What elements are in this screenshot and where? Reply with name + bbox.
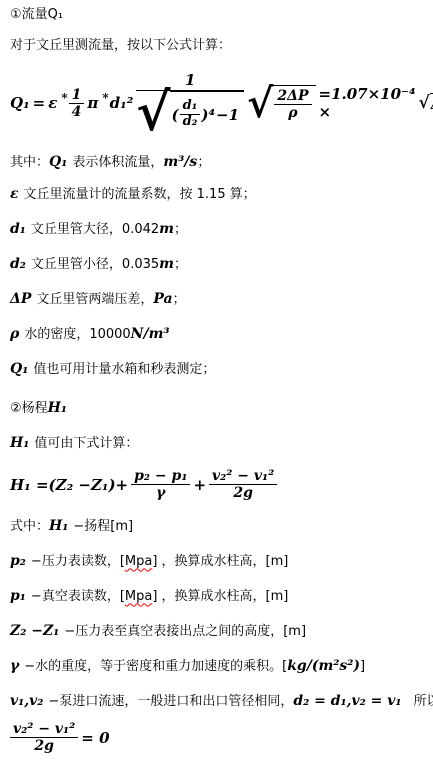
fh-velocity-den: 2g	[230, 485, 256, 501]
deltap-definition: ΔP 文丘里管两端压差， Pa ；	[10, 290, 427, 309]
fv-fraction: v₂² − v₁² 2g	[10, 721, 78, 754]
fq-star1: *	[61, 91, 67, 105]
flow-section-heading: ①流量Q₁	[10, 6, 427, 24]
fq-inner-expression: ( d₁ d₂ )⁴ −1	[171, 99, 240, 130]
fq-quarter-fraction: 1 4	[69, 87, 85, 120]
fq-big-fraction: 1 √ ( d₁ d₂ )⁴ −1	[136, 71, 244, 135]
p1-pre-text: −真空表读数，[	[31, 588, 125, 606]
z-text: −压力表至真空表接出点之间的高度，[m]	[64, 623, 306, 641]
fh-velocity-num: v₂² − v₁²	[209, 468, 277, 485]
fv-num: v₂² − v₁²	[10, 721, 78, 738]
head-heading-symbol: H₁	[48, 399, 67, 417]
deltap-tail: ；	[173, 291, 186, 309]
fq-quarter-den: 4	[69, 104, 85, 120]
radical-sign: √	[247, 85, 273, 121]
epsilon-text: 文丘里流量计的流量系数，按 1.15 算；	[24, 186, 256, 204]
shizhong-h1-symbol: H₁	[49, 517, 68, 535]
venturi-flow-formula: Q₁ = ε * 1 4 π * d₁² 1 √ ( d₁ d	[10, 71, 427, 135]
fq-pressure-num: 2ΔP	[274, 88, 311, 105]
velocity-symbols: v₁,v₂	[10, 692, 43, 710]
fq-inner-open: (	[171, 106, 178, 124]
fq-d1-squared: d₁²	[110, 94, 134, 112]
gamma-tail: ]	[360, 658, 365, 676]
flow-heading-text: ①流量Q₁	[10, 6, 63, 24]
h1-symbol: H₁	[10, 434, 29, 452]
fq-equals: =	[33, 94, 46, 112]
deltap-symbol: ΔP	[10, 290, 31, 308]
document-page: ①流量Q₁ 对于文丘里测流量，按以下公式计算： Q₁ = ε * 1 4 π *…	[0, 0, 433, 763]
where-tail: ；	[197, 154, 210, 172]
fq-inner-sqrt: √ ( d₁ d₂ )⁴ −1	[136, 91, 244, 135]
intro-paragraph: 对于文丘里测流量，按以下公式计算：	[10, 37, 427, 55]
gamma-definition: γ −水的重度，等于密度和重力加速度的乘积。[ kg/(m²s²) ]	[10, 657, 427, 676]
fh-velocity-fraction: v₂² − v₁² 2g	[209, 468, 277, 501]
p1-post-text: ] ，换算成水柱高，[m]	[152, 588, 288, 606]
gamma-unit: kg/(m²s²)	[287, 657, 360, 675]
fq-inner-minus-one: −1	[216, 106, 239, 124]
fq-quarter-num: 1	[69, 87, 85, 104]
d1-definition: d₁ 文丘里管大径，0.042 m ；	[10, 220, 427, 239]
fq-epsilon: ε	[48, 94, 57, 112]
fv-result: = 0	[81, 729, 109, 747]
p1-mpa-unit: Mpa	[125, 588, 152, 606]
head-formula: H₁ =(Z₂ −Z₁)+ p₂ − p₁ γ + v₂² − v₁² 2g	[10, 468, 427, 501]
fh-pressure-num: p₂ − p₁	[131, 468, 190, 485]
rho-definition: ρ 水的密度，10000 N/m³	[10, 325, 427, 344]
where-text: 表示体积流量，	[72, 154, 163, 172]
p2-definition: p₂ −压力表读数，[ Mpa ] ，换算成水柱高，[m]	[10, 552, 427, 571]
intro-text: 对于文丘里测流量，按以下公式计算：	[10, 37, 231, 55]
rho-symbol: ρ	[10, 325, 19, 343]
rho-unit: N/m³	[131, 325, 170, 343]
epsilon-definition: ε 文丘里流量计的流量系数，按 1.15 算；	[10, 185, 427, 204]
gamma-text: −水的重度，等于密度和重力加速度的乘积。[	[24, 658, 287, 676]
d2-definition: d₂ 文丘里管小径，0.035 m ；	[10, 255, 427, 274]
p1-symbol: p₁	[10, 587, 26, 605]
where-line: 其中： Q₁ 表示体积流量， m³/s ；	[10, 153, 427, 172]
d1-text: 文丘里管大径，0.042	[31, 221, 159, 239]
head-section-heading: ②杨程 H₁	[10, 399, 427, 418]
d1-unit: m	[159, 220, 174, 238]
fq-d-ratio-num: d₁	[180, 99, 201, 115]
radical-sign: √	[136, 91, 170, 135]
velocity-tail: 所以	[414, 693, 433, 711]
fq-pressure-sqrt-body: 2ΔP ρ	[273, 85, 315, 121]
fv-den: 2g	[31, 738, 57, 754]
d2-tail: ；	[174, 256, 187, 274]
fq-pressure-ratio: 2ΔP ρ	[274, 88, 311, 121]
fh-pressure-fraction: p₂ − p₁ γ	[131, 468, 190, 501]
deltap-unit: Pa	[153, 290, 172, 308]
velocity-equalities: d₂ = d₁,v₂ = v₁	[293, 692, 401, 710]
d1-symbol: d₁	[10, 220, 26, 238]
fh-lhs: H₁ =(Z₂ −Z₁)+	[10, 476, 128, 494]
h1-calc-line: H₁ 值可由下式计算：	[10, 434, 427, 453]
velocity-definition: v₁,v₂ −泵进口流速，一般进口和出口管径相同， d₂ = d₁,v₂ = v…	[10, 692, 427, 711]
fq-inner-sqrt-body: ( d₁ d₂ )⁴ −1	[170, 91, 244, 135]
d2-symbol: d₂	[10, 255, 26, 273]
q1-note-line: Q₁ 值也可用计量水箱和秒表测定；	[10, 360, 427, 379]
fh-pressure-den: γ	[153, 485, 168, 501]
p2-mpa-unit: Mpa	[125, 553, 152, 571]
p1-definition: p₁ −真空表读数，[ Mpa ] ，换算成水柱高，[m]	[10, 587, 427, 606]
velocity-text: −泵进口流速，一般进口和出口管径相同，	[48, 693, 293, 711]
fq-inner-close: )⁴	[201, 106, 215, 124]
shizhong-label: 式中：	[10, 518, 49, 536]
fq-result: =1.07×10⁻⁴ ×	[319, 85, 416, 121]
q1-note-symbol: Q₁	[10, 360, 28, 378]
head-heading-prefix: ②杨程	[10, 400, 48, 418]
fq-big-den: √ ( d₁ d₂ )⁴ −1	[136, 91, 244, 135]
fq-pressure-sqrt: √ 2ΔP ρ	[247, 85, 315, 121]
gamma-symbol: γ	[10, 657, 19, 675]
velocity-zero-formula: v₂² − v₁² 2g = 0	[10, 721, 427, 754]
rho-text: 水的密度，10000	[24, 326, 130, 344]
fq-d-ratio: d₁ d₂	[180, 99, 201, 130]
fq-pressure-den: ρ	[285, 105, 300, 121]
shizhong-text: −扬程[m]	[73, 518, 133, 536]
z-symbol: Z₂ −Z₁	[10, 622, 59, 640]
fq-star2: *	[102, 91, 108, 105]
d2-unit: m	[159, 255, 174, 273]
d1-tail: ；	[174, 221, 187, 239]
fh-plus: +	[193, 476, 206, 494]
q1-note-text: 值也可用计量水箱和秒表测定；	[33, 361, 215, 379]
epsilon-symbol: ε	[10, 185, 19, 203]
radical-sign: √	[419, 93, 430, 113]
fq-pi: π	[87, 94, 98, 112]
p2-pre-text: −压力表读数，[	[31, 553, 125, 571]
where-label: 其中：	[10, 154, 49, 172]
deltap-text: 文丘里管两端压差，	[36, 291, 153, 309]
p2-symbol: p₂	[10, 552, 26, 570]
flow-unit: m³/s	[163, 153, 197, 171]
q1-symbol: Q₁	[49, 153, 67, 171]
fq-lhs: Q₁	[10, 94, 30, 112]
shizhong-line: 式中： H₁ −扬程[m]	[10, 517, 427, 536]
fq-d-ratio-den: d₂	[180, 115, 201, 130]
d2-text: 文丘里管小径，0.035	[31, 256, 159, 274]
h1-calc-text: 值可由下式计算：	[34, 435, 138, 453]
p2-post-text: ] ，换算成水柱高，[m]	[152, 553, 288, 571]
fq-result-sqrt: √ Δp	[419, 93, 433, 113]
z-definition: Z₂ −Z₁ −压力表至真空表接出点之间的高度，[m]	[10, 622, 427, 641]
